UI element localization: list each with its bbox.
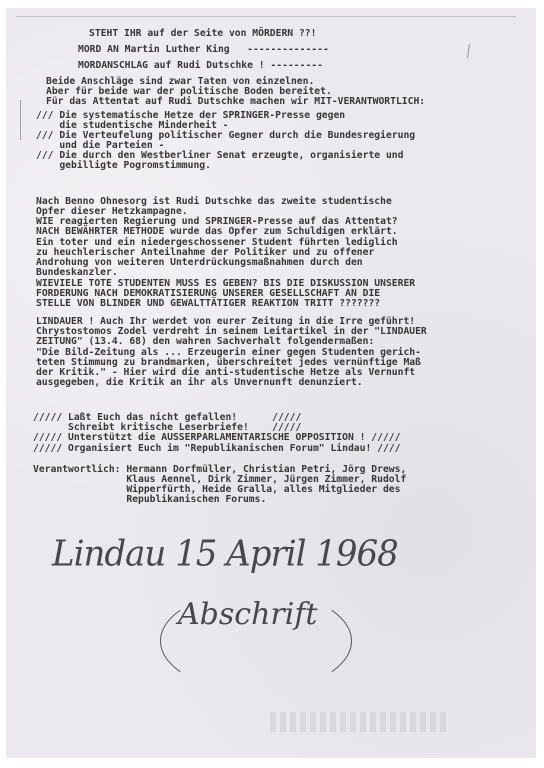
accusation-item: /// Die Verteufelung politischer Gegner … [36,131,415,150]
accusation-item: /// Die durch den Westberliner Senat erz… [36,151,403,170]
subheadline-mlk: MORD AN Martin Luther King -------------… [78,45,329,55]
slogan-line: ///// Unterstützt die AUSSERPARLAMENTARI… [33,433,400,443]
subheadline-dutschke: MORDANSCHLAG auf Rudi Dutschke ! -------… [78,61,323,71]
text-line: ZEITUNG" (13.4. 68) den wahren Sachverha… [36,337,374,347]
handwritten-place-date: Lindau 15 April 1968 [52,533,398,575]
text-line: Republikanischen Forums. [33,495,266,505]
text-line: Bundeskanzler. [36,268,118,278]
text-line: ausgegeben, die Kritik an ihr als Unvern… [36,378,363,388]
fold-line [16,16,516,17]
margin-mark [20,100,21,140]
accusation-item: /// Die systematische Hetze der SPRINGER… [36,111,345,130]
headline: STEHT IHR auf der Seite von MÖRDERN ??! [89,29,316,39]
text-line: NACH BEWÄHRTER METHODE wurde das Opfer z… [36,227,398,237]
bleed-through-marks [270,712,450,732]
handwritten-note: Abschrift [178,597,317,632]
intro-line: Für das Attentat auf Rudi Dutschke mache… [46,97,425,107]
slogan-line: ///// Organisiert Euch im "Republikanisc… [33,444,400,454]
text-line: STELLE VON BLINDER UND GEWALTTÄTIGER REA… [36,299,380,309]
